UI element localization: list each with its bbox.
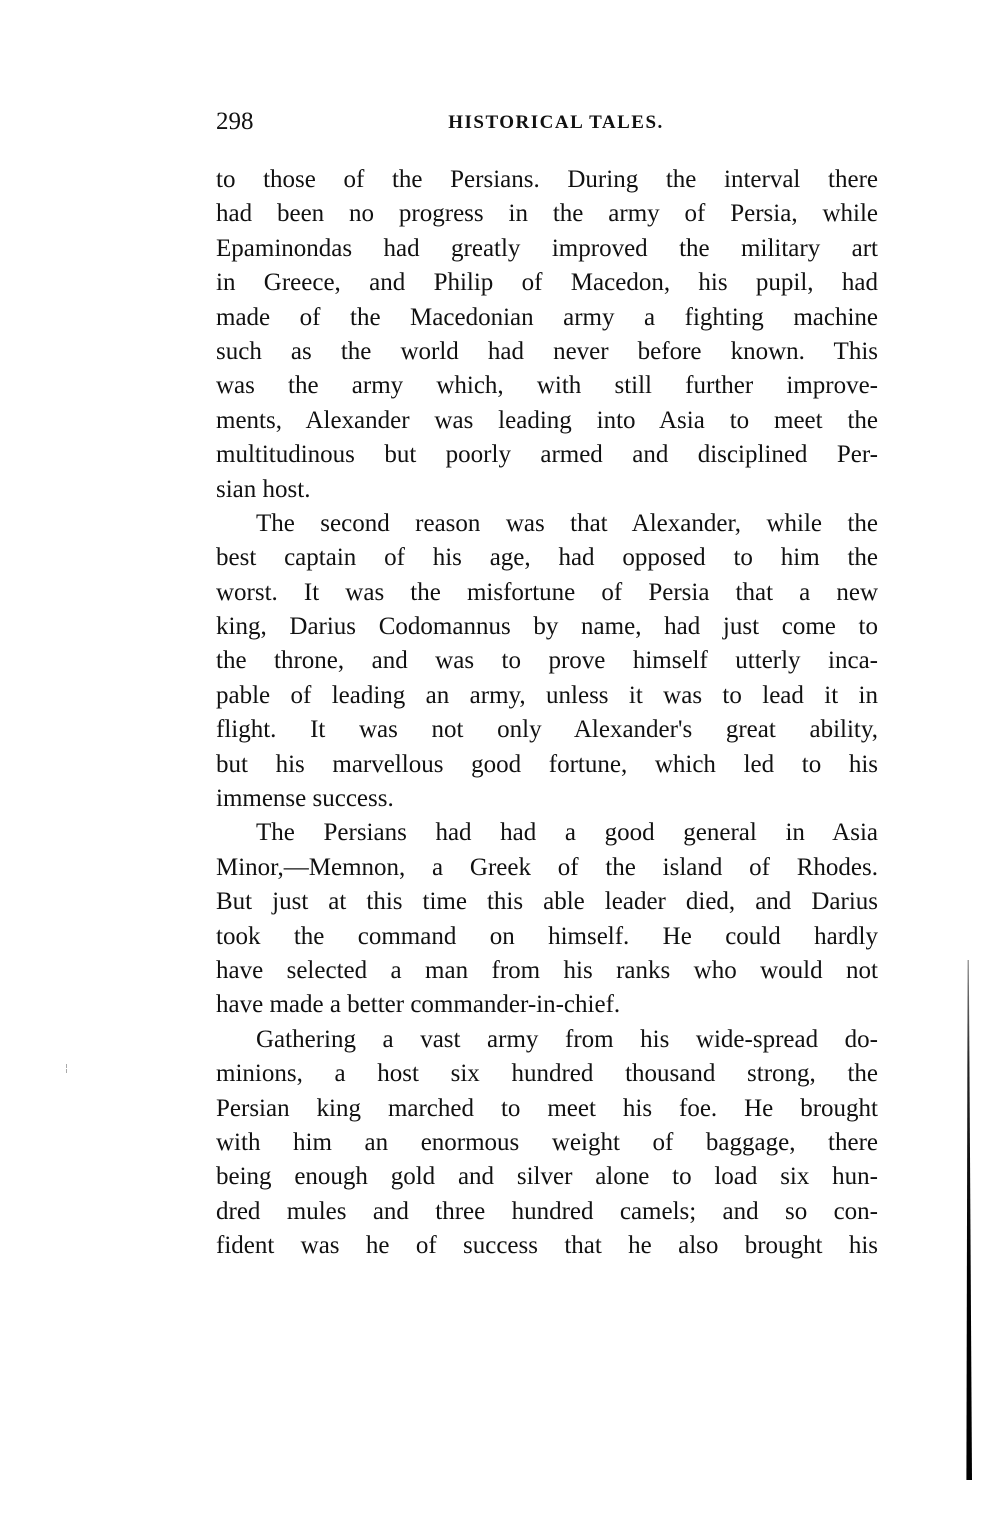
- text-line: best captain of his age, had opposed to …: [216, 541, 878, 575]
- text-line: the throne, and was to prove himself utt…: [216, 644, 878, 678]
- paragraph: The second reason was that Alexander, wh…: [216, 507, 878, 817]
- page-edge-shadow: [964, 960, 972, 1480]
- scan-speck: [66, 1064, 67, 1068]
- text-line: pable of leading an army, unless it was …: [216, 679, 878, 713]
- text-line: in Greece, and Philip of Macedon, his pu…: [216, 266, 878, 300]
- paragraph: Gathering a vast army from his wide-spre…: [216, 1023, 878, 1264]
- text-line: but his marvellous good fortune, which l…: [216, 748, 878, 782]
- text-line: fident was he of success that he also br…: [216, 1229, 878, 1263]
- text-line: being enough gold and silver alone to lo…: [216, 1160, 878, 1194]
- text-line: such as the world had never before known…: [216, 335, 878, 369]
- text-line: dred mules and three hundred camels; and…: [216, 1195, 878, 1229]
- text-line: immense success.: [216, 782, 878, 816]
- body-text: to those of the Persians. During the int…: [216, 163, 878, 1264]
- text-line: Epaminondas had greatly improved the mil…: [216, 232, 878, 266]
- text-line: king, Darius Codomannus by name, had jus…: [216, 610, 878, 644]
- text-line: Gathering a vast army from his wide-spre…: [216, 1023, 878, 1057]
- text-line: had been no progress in the army of Pers…: [216, 197, 878, 231]
- text-line: multitudinous but poorly armed and disci…: [216, 438, 878, 472]
- text-line: with him an enormous weight of baggage, …: [216, 1126, 878, 1160]
- paragraph: to those of the Persians. During the int…: [216, 163, 878, 507]
- running-head: HISTORICAL TALES.: [216, 108, 878, 138]
- text-line: have selected a man from his ranks who w…: [216, 954, 878, 988]
- text-line: took the command on himself. He could ha…: [216, 920, 878, 954]
- text-line: minions, a host six hundred thousand str…: [216, 1057, 878, 1091]
- text-line: sian host.: [216, 473, 878, 507]
- text-line: Minor,—Memnon, a Greek of the island of …: [216, 851, 878, 885]
- text-line: was the army which, with still further i…: [216, 369, 878, 403]
- text-line: worst. It was the misfortune of Persia t…: [216, 576, 878, 610]
- text-line: made of the Macedonian army a fighting m…: [216, 301, 878, 335]
- text-line: ments, Alexander was leading into Asia t…: [216, 404, 878, 438]
- text-line: The second reason was that Alexander, wh…: [216, 507, 878, 541]
- text-line: The Persians had had a good general in A…: [216, 816, 878, 850]
- paragraph: The Persians had had a good general in A…: [216, 816, 878, 1022]
- page-header: 298 HISTORICAL TALES.: [216, 106, 878, 140]
- text-line: flight. It was not only Alexander's grea…: [216, 713, 878, 747]
- text-line: have made a better commander-in-chief.: [216, 988, 878, 1022]
- text-line: to those of the Persians. During the int…: [216, 163, 878, 197]
- text-line: But just at this time this able leader d…: [216, 885, 878, 919]
- scan-speck: [66, 1069, 67, 1073]
- text-line: Persian king marched to meet his foe. He…: [216, 1092, 878, 1126]
